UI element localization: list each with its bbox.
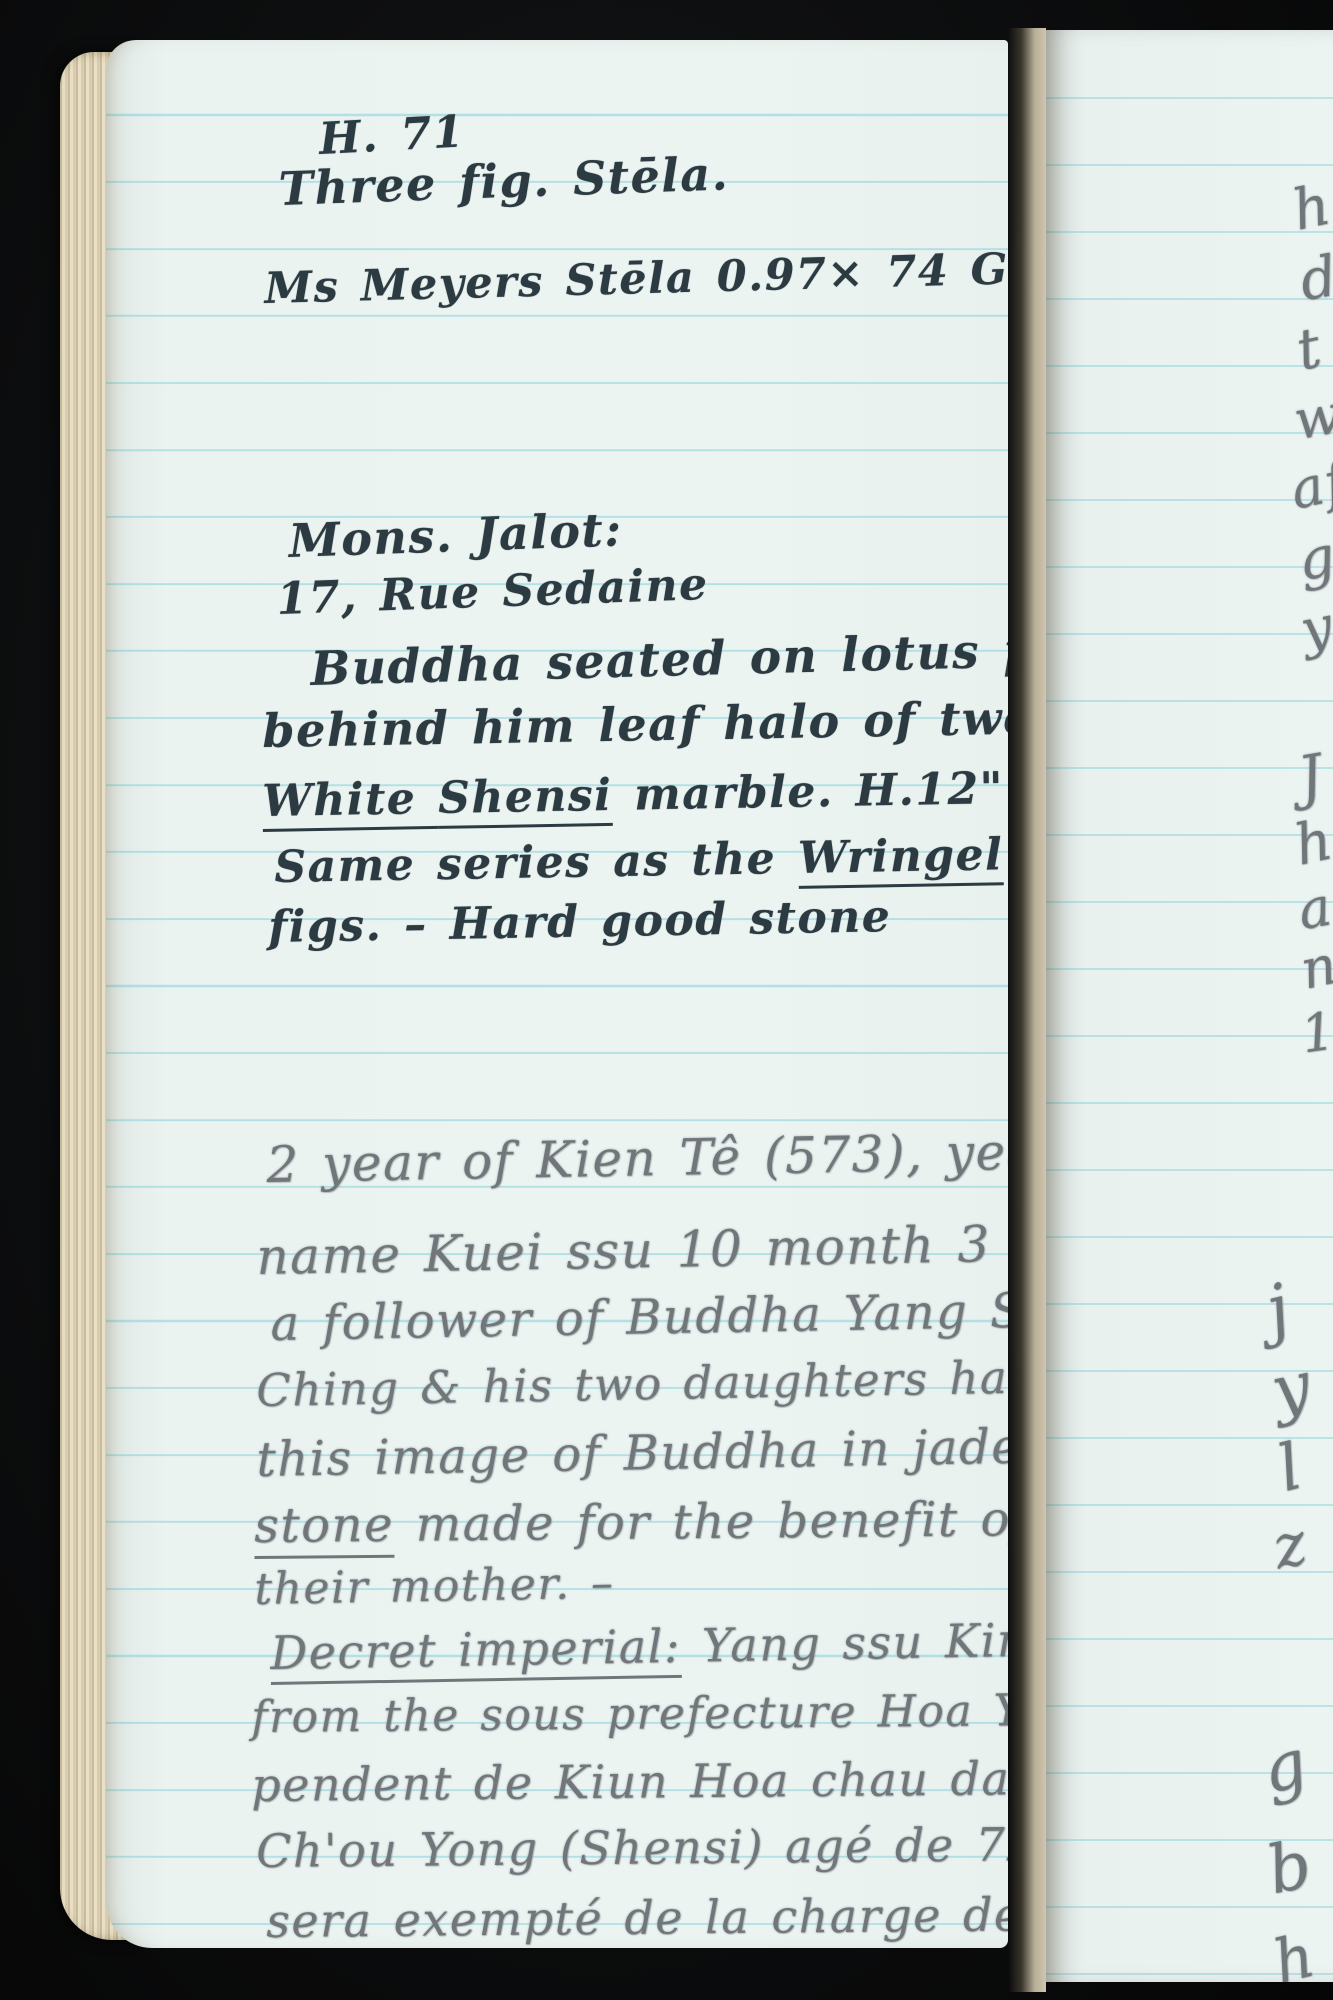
page-gutter-shadow [1008,28,1046,1992]
handwritten-text: h [1287,172,1333,243]
facing-page-text-fragment: n [1296,937,1333,997]
facing-page-text-fragment: t [1292,320,1327,380]
handwritten-text: af [1285,449,1333,522]
facing-page-text-fragment: af [1286,454,1333,518]
handwritten-text: b [1261,1825,1320,1909]
notebook-photograph: H. 71Three fig. Stēla.Ms Meyers Stēla 0.… [0,0,1333,2000]
handwritten-text: g [1293,524,1333,594]
facing-page-text-fragment: w [1290,387,1333,448]
handwritten-text: y [1295,593,1333,661]
handwritten-text: J [1293,741,1329,812]
facing-page-text-fragment: d [1296,249,1333,311]
facing-page-text-fragment: g [1294,529,1333,591]
facing-page-text-fragment: h [1268,1925,1321,1982]
facing-page-writing-layer: hdtwafgyJhan1jylzgbh [1046,30,1333,1982]
facing-page-text-fragment: y [1296,598,1333,657]
stray-pencil-marks-layer: \ʃ1 [106,40,1008,1948]
facing-page-text-fragment: y [1266,1352,1318,1425]
facing-page-text-fragment: j [1260,1275,1297,1344]
facing-page-text-fragment: h [1290,812,1333,875]
facing-page-text-fragment: h [1288,177,1333,240]
handwritten-text: w [1289,382,1333,452]
handwritten-text: h [1267,1920,1323,1982]
handwritten-text: n [1295,933,1333,1002]
facing-page-text-fragment: g [1256,1729,1314,1804]
handwritten-text: d [1295,244,1333,314]
facing-page-text-fragment: z [1268,1513,1313,1579]
facing-page-sliver: hdtwafgyJhan1jylzgbh [1046,30,1333,1982]
handwritten-text: 1 [1297,1001,1333,1065]
facing-page-text-fragment: J [1294,746,1328,807]
handwritten-text: j [1259,1269,1299,1349]
handwritten-text: h [1289,807,1333,878]
facing-page-text-fragment: l [1272,1435,1309,1502]
handwritten-text: a [1293,874,1333,942]
left-notebook-page: H. 71Three fig. Stēla.Ms Meyers Stēla 0.… [106,40,1008,1948]
handwritten-text: y [1265,1346,1319,1429]
facing-page-text-fragment: 1 [1298,1005,1333,1061]
handwritten-text: g [1255,1724,1316,1809]
handwritten-text: z [1267,1508,1314,1583]
facing-page-text-fragment: b [1262,1831,1319,1905]
facing-page-text-fragment: a [1294,879,1333,938]
handwritten-text: t [1291,315,1328,384]
handwritten-text: l [1271,1430,1310,1507]
